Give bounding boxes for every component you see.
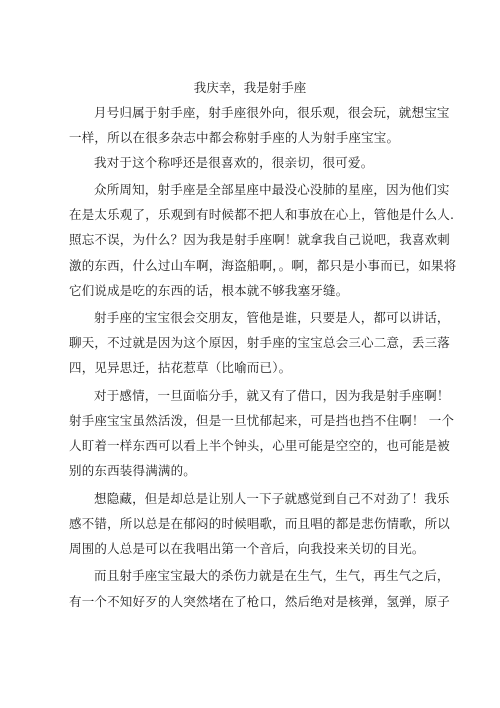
paragraph-line: 射手座的宝宝很会交朋友，管他是谁，只要是人，都可以讲话， <box>94 310 450 326</box>
paragraph-line: 周围的人总是可以在我唱出第一个音后，向我投来关切的目光。 <box>69 541 425 557</box>
paragraph-line: 有一个不知好歹的人突然堵在了枪口，然后绝对是核弹，氢弹，原子 <box>69 594 450 610</box>
paragraph-line: 对于感情，一旦面临分手，就又有了借口，因为我是射手座啊！ <box>94 388 450 404</box>
paragraph-line: 想隐藏，但是却总是让别人一下子就感觉到自己不对劲了！我乐 <box>94 491 450 507</box>
paragraph-line: 而且射手座宝宝最大的杀伤力就是在生气，生气，再生气之后， <box>94 568 450 584</box>
paragraph-line: 众所周知，射手座是全部星座中最没心没肺的星座，因为他们实 <box>94 182 450 198</box>
document-page: 我庆幸，我是射手座 月号归属于射手座，射手座很外向，很乐观，很会玩，就想宝宝一样… <box>0 0 500 708</box>
paragraph-line: 人盯着一样东西可以看上半个钟头，心里可能是空空的，也可能是被 <box>69 438 450 454</box>
paragraph-line: 射手座宝宝虽然活泼，但是一旦忧郁起来，可是挡也挡不住啊！ 一个 <box>69 413 454 429</box>
paragraph-line: 一样，所以在很多杂志中都会称射手座的人为射手座宝宝。 <box>69 130 399 146</box>
paragraph-line: 四，见异思迁，拈花惹草（比喻而已）。 <box>69 360 291 376</box>
paragraph-line: 聊天，不过就是因为这个原因，射手座的宝宝总会三心二意，丢三落 <box>69 335 450 351</box>
paragraph-line: 在是太乐观了，乐观到有时候都不把人和事放在心上，管他是什么人. <box>69 207 454 223</box>
paragraph-line: 它们说成是吃的东西的话，根本就不够我塞牙缝。 <box>69 283 348 299</box>
paragraph-line: 照忘不误，为什么？因为我是射手座啊！就拿我自己说吧，我喜欢刺 <box>69 232 450 248</box>
paragraph-line: 激的东西，什么过山车啊，海盗船啊，。啊，都只是小事而已，如果将 <box>69 258 456 274</box>
document-title: 我庆幸，我是射手座 <box>0 80 500 96</box>
paragraph-line: 月号归属于射手座，射手座很外向，很乐观，很会玩，就想宝宝 <box>94 105 450 121</box>
paragraph-line: 我对于这个称呼还是很喜欢的，很亲切，很可爱。 <box>94 155 373 171</box>
paragraph-line: 感不错，所以总是在郁闷的时候唱歌，而且唱的都是悲伤情歌，所以 <box>69 516 450 532</box>
paragraph-line: 别的东西装得满满的。 <box>69 463 196 479</box>
